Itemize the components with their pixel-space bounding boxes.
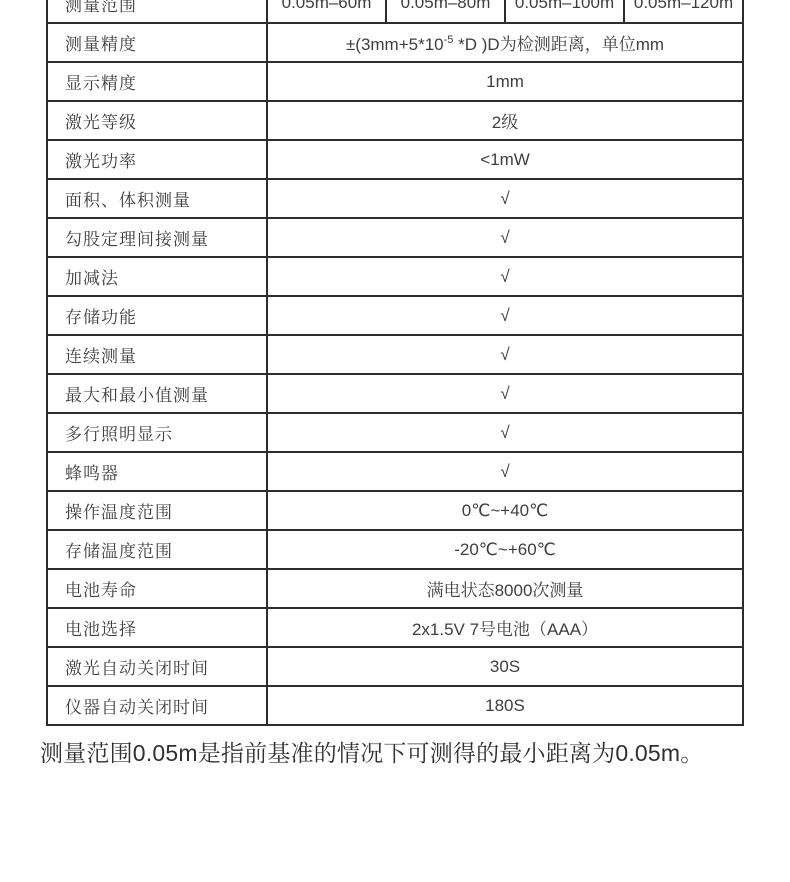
table-row: 激光自动关闭时间 30S: [47, 647, 743, 686]
accuracy-formula-prefix: ±(3mm+5*10: [346, 35, 444, 54]
spec-label: 仪器自动关闭时间: [47, 686, 267, 725]
table-row: 存储温度范围 -20℃~+60℃: [47, 530, 743, 569]
spec-label: 操作温度范围: [47, 491, 267, 530]
spec-label: 加减法: [47, 257, 267, 296]
spec-value: √: [267, 335, 743, 374]
spec-value: ±(3mm+5*10-5 *D )D为检测距离，单位mm: [267, 23, 743, 62]
spec-label: 电池寿命: [47, 569, 267, 608]
spec-label: 电池选择: [47, 608, 267, 647]
spec-label: 测量范围: [47, 0, 267, 23]
spec-label: 测量精度: [47, 23, 267, 62]
spec-label: 面积、体积测量: [47, 179, 267, 218]
spec-value: <1mW: [267, 140, 743, 179]
table-row: 操作温度范围 0℃~+40℃: [47, 491, 743, 530]
spec-value: √: [267, 296, 743, 335]
table-row: 显示精度 1mm: [47, 62, 743, 101]
table-row: 电池寿命 满电状态8000次测量: [47, 569, 743, 608]
table-row: 激光功率 <1mW: [47, 140, 743, 179]
spec-label: 最大和最小值测量: [47, 374, 267, 413]
range-footnote: 测量范围0.05m是指前基准的情况下可测得的最小距离为0.05m。: [40, 738, 770, 768]
table-row: 多行照明显示 √: [47, 413, 743, 452]
spec-label: 激光功率: [47, 140, 267, 179]
table-row: 加减法 √: [47, 257, 743, 296]
table-row: 勾股定理间接测量 √: [47, 218, 743, 257]
spec-value: 180S: [267, 686, 743, 725]
spec-range-value-80m: 0.05m–80m: [386, 0, 505, 23]
spec-value: √: [267, 413, 743, 452]
product-spec-page: 测量范围 0.05m–60m 0.05m–80m 0.05m–100m 0.05…: [0, 0, 790, 882]
spec-value: 0℃~+40℃: [267, 491, 743, 530]
spec-range-value-60m: 0.05m–60m: [267, 0, 386, 23]
spec-value: √: [267, 257, 743, 296]
spec-value: 2x1.5V 7号电池（AAA）: [267, 608, 743, 647]
spec-value: 1mm: [267, 62, 743, 101]
spec-value: √: [267, 452, 743, 491]
spec-value: -20℃~+60℃: [267, 530, 743, 569]
spec-label: 激光自动关闭时间: [47, 647, 267, 686]
spec-label: 显示精度: [47, 62, 267, 101]
table-row: 仪器自动关闭时间 180S: [47, 686, 743, 725]
spec-value: √: [267, 179, 743, 218]
spec-label: 连续测量: [47, 335, 267, 374]
table-row: 最大和最小值测量 √: [47, 374, 743, 413]
table-row-measure-range: 测量范围 0.05m–60m 0.05m–80m 0.05m–100m 0.05…: [47, 0, 743, 23]
spec-label: 多行照明显示: [47, 413, 267, 452]
table-row: 连续测量 √: [47, 335, 743, 374]
spec-label: 激光等级: [47, 101, 267, 140]
table-row: 面积、体积测量 √: [47, 179, 743, 218]
spec-label: 存储功能: [47, 296, 267, 335]
spec-range-value-120m: 0.05m–120m: [624, 0, 743, 23]
spec-range-value-100m: 0.05m–100m: [505, 0, 624, 23]
spec-label: 勾股定理间接测量: [47, 218, 267, 257]
table-row: 电池选择 2x1.5V 7号电池（AAA）: [47, 608, 743, 647]
spec-label: 存储温度范围: [47, 530, 267, 569]
spec-value: 30S: [267, 647, 743, 686]
accuracy-formula-superscript: -5: [444, 34, 454, 46]
spec-value: √: [267, 374, 743, 413]
table-row: 存储功能 √: [47, 296, 743, 335]
spec-value: 2级: [267, 101, 743, 140]
spec-value: 满电状态8000次测量: [267, 569, 743, 608]
table-row: 激光等级 2级: [47, 101, 743, 140]
spec-table: 测量范围 0.05m–60m 0.05m–80m 0.05m–100m 0.05…: [46, 0, 744, 726]
spec-value: √: [267, 218, 743, 257]
spec-label: 蜂鸣器: [47, 452, 267, 491]
table-row: 蜂鸣器 √: [47, 452, 743, 491]
table-row-accuracy: 测量精度 ±(3mm+5*10-5 *D )D为检测距离，单位mm: [47, 23, 743, 62]
accuracy-formula-suffix: *D )D为检测距离，单位mm: [453, 35, 664, 54]
